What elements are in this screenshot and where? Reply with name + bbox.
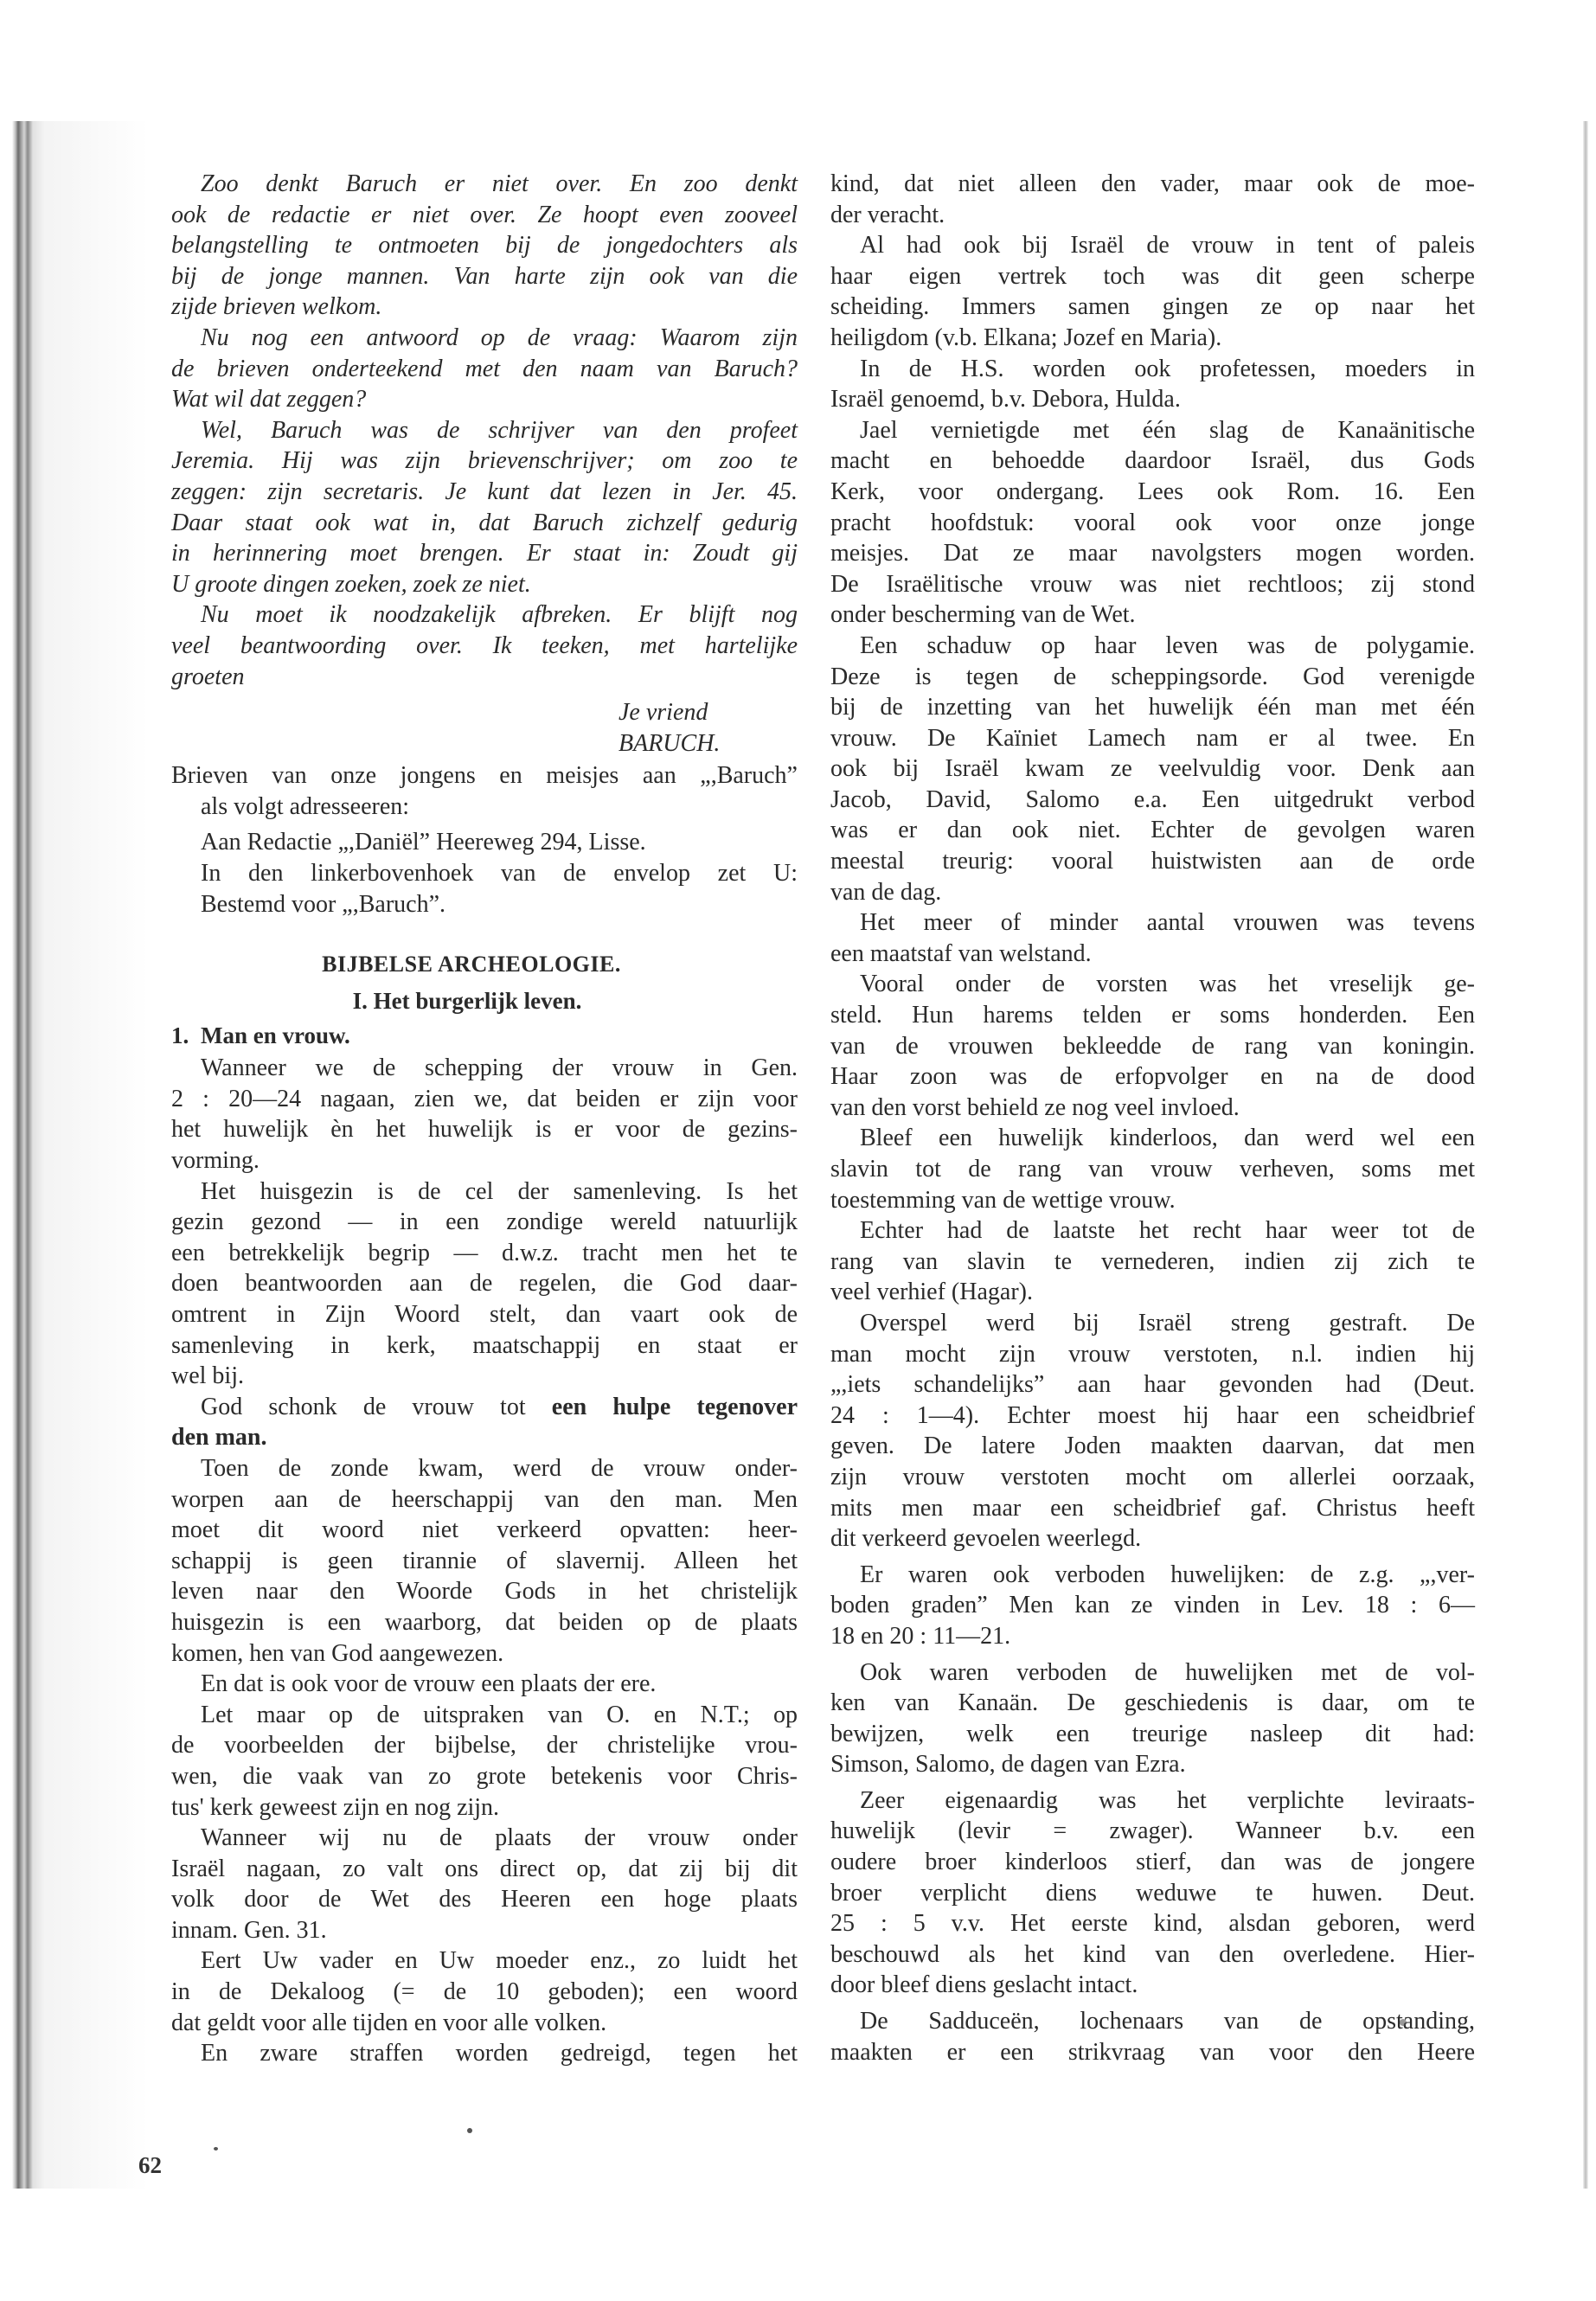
text-line: een betrekkelijk begrip — d.w.z. tracht … bbox=[171, 1238, 798, 1269]
text-line: door bleef diens geslacht intact. bbox=[830, 1970, 1475, 2001]
article-paragraph: Al had ook bij Israël de vrouw in tent o… bbox=[830, 230, 1475, 353]
text-line: geven. De latere Joden maakten daarvan, … bbox=[830, 1431, 1475, 1462]
text-line: En dat is ook voor de vrouw een plaats d… bbox=[171, 1669, 798, 1700]
article-paragraph: Let maar op de uitspraken van O. en N.T.… bbox=[171, 1700, 798, 1823]
letter-paragraph: Nu nog een antwoord op de vraag: Waarom … bbox=[171, 323, 798, 415]
text-line: in de Dekaloog (= de 10 geboden); een wo… bbox=[171, 1977, 798, 2008]
section-title: Man en vrouw. bbox=[201, 1022, 350, 1048]
emphasis-text: den man. bbox=[171, 1422, 798, 1453]
text-line: En zware straffen worden gedreigd, tegen… bbox=[171, 2038, 798, 2069]
text-line: tus' kerk geweest zijn en nog zijn. bbox=[171, 1792, 798, 1823]
text-line: Eert Uw vader en Uw moeder enz., zo luid… bbox=[171, 1945, 798, 1977]
text-line: De Sadduceën, lochenaars van de opstandi… bbox=[830, 2006, 1475, 2037]
text-line: zijn vrouw verstoten mocht om allerlei o… bbox=[830, 1462, 1475, 1493]
article-paragraph: kind, dat niet alleen den vader, maar oo… bbox=[830, 169, 1475, 230]
text-line: wel bij. bbox=[171, 1361, 798, 1392]
text-line: veel beantwoording over. Ik teeken, met … bbox=[171, 631, 798, 662]
text-line: slavin tot de rang van vrouw verheven, s… bbox=[830, 1154, 1475, 1185]
text-line: pracht hoofdstuk: vooral ook voor onze j… bbox=[830, 508, 1475, 539]
text-line: bij de jonge mannen. Van harte zijn ook … bbox=[171, 261, 798, 292]
article-paragraph: In de H.S. worden ook profetessen, moede… bbox=[830, 354, 1475, 415]
chapter-heading: I. Het burgerlijk leven. bbox=[171, 984, 798, 1018]
section-number: 1. bbox=[171, 1018, 201, 1053]
text-line: in herinnering moet brengen. Er staat in… bbox=[171, 538, 798, 569]
text-line: In den linkerbovenhoek van de envelop ze… bbox=[171, 858, 798, 889]
article-paragraph: Bleef een huwelijk kinderloos, dan werd … bbox=[830, 1123, 1475, 1215]
article-paragraph: Een schaduw op haar leven was de polygam… bbox=[830, 631, 1475, 907]
right-column: kind, dat niet alleen den vader, maar oo… bbox=[830, 169, 1475, 2067]
text-line: dat geldt voor alle tijden en voor alle … bbox=[171, 2008, 798, 2039]
text-line: huisgezin is een waarborg, dat beiden op… bbox=[171, 1607, 798, 1638]
text-line: Let maar op de uitspraken van O. en N.T.… bbox=[171, 1700, 798, 1731]
text-line: wen, die vaak van zo grote betekenis voo… bbox=[171, 1761, 798, 1792]
text-line: leven naar den Woorde Gods in het christ… bbox=[171, 1576, 798, 1607]
article-paragraph: Wanneer we de schepping der vrouw in Gen… bbox=[171, 1053, 798, 1176]
article-paragraph: Ook waren verboden de huwelijken met de … bbox=[830, 1657, 1475, 1780]
text-line: van den vorst behield ze nog veel invloe… bbox=[830, 1093, 1475, 1124]
text-line: Israël nagaan, zo valt ons direct op, da… bbox=[171, 1854, 798, 1885]
text-line: was er dan ook niet. Echter de gevolgen … bbox=[830, 815, 1475, 846]
text-line: Toen de zonde kwam, werd de vrouw onder- bbox=[171, 1453, 798, 1484]
text-line: De Israëlitische vrouw was niet rechtloo… bbox=[830, 569, 1475, 600]
text-line: rang van slavin te vernederen, indien zi… bbox=[830, 1247, 1475, 1278]
text-line: Het huisgezin is de cel der samenleving.… bbox=[171, 1176, 798, 1208]
text-line: scheiding. Immers samen gingen ze op naa… bbox=[830, 292, 1475, 323]
article-paragraph: Wanneer wij nu de plaats der vrouw onder… bbox=[171, 1823, 798, 1945]
text-line: doen beantwoorden aan de regelen, die Go… bbox=[171, 1268, 798, 1299]
scan-shadow bbox=[45, 121, 149, 2189]
scan-speck bbox=[1400, 2019, 1407, 2026]
text-line: Jacob, David, Salomo e.a. Een uitgedrukt… bbox=[830, 785, 1475, 816]
text-line: gezin gezond — in een zondige wereld nat… bbox=[171, 1207, 798, 1238]
text-line: volk door de Wet des Heeren een hoge pla… bbox=[171, 1884, 798, 1915]
signature-closing: Je vriend bbox=[171, 697, 798, 728]
text-line: haar eigen vertrek toch was dit geen sch… bbox=[830, 261, 1475, 292]
text-line: dit verkeerd gevoelen weerlegd. bbox=[830, 1523, 1475, 1554]
text-line: Vooral onder de vorsten was het vreselij… bbox=[830, 969, 1475, 1000]
text-line: mits men maar een scheidbrief gaf. Chris… bbox=[830, 1493, 1475, 1524]
article-title: BIJBELSE ARCHEOLOGIE. bbox=[171, 945, 798, 984]
text-line: meestal treurig: vooral huistwisten aan … bbox=[830, 846, 1475, 877]
text-line: Zoo denkt Baruch er niet over. En zoo de… bbox=[171, 169, 798, 200]
mailing-address: Aan Redactie „,Daniël” Heereweg 294, Lis… bbox=[171, 827, 798, 858]
letter-paragraph: Wel, Baruch was de schrijver van den pro… bbox=[171, 415, 798, 600]
text-line: groeten bbox=[171, 662, 798, 693]
text-line: God schonk de vrouw tot een hulpe tegeno… bbox=[171, 1392, 798, 1423]
text-line: als volgt adresseeren: bbox=[171, 792, 798, 823]
scan-page-edge bbox=[12, 121, 45, 2189]
article-paragraph: Jael vernietigde met één slag de Kanaäni… bbox=[830, 415, 1475, 631]
signature-name: BARUCH. bbox=[171, 728, 798, 760]
article-paragraph: Het meer of minder aantal vrouwen was te… bbox=[830, 907, 1475, 969]
section-heading: 1.Man en vrouw. bbox=[171, 1018, 798, 1053]
article-paragraph: Echter had de laatste het recht haar wee… bbox=[830, 1215, 1475, 1308]
text-span: God schonk de vrouw tot bbox=[201, 1394, 552, 1420]
text-line: oudere broer kinderloos stierf, dan was … bbox=[830, 1847, 1475, 1878]
text-line: het huwelijk èn het huwelijk is er voor … bbox=[171, 1114, 798, 1145]
text-line: Brieven van onze jongens en meisjes aan … bbox=[171, 760, 798, 792]
text-line: schappij is geen tirannie of slavernij. … bbox=[171, 1546, 798, 1577]
scan-speck bbox=[214, 2147, 218, 2150]
text-line: van de vrouwen bekleedde de rang van kon… bbox=[830, 1031, 1475, 1062]
text-line: Zeer eigenaardig was het verplichte levi… bbox=[830, 1785, 1475, 1817]
text-line: bewijzen, welk een treurige nasleep dit … bbox=[830, 1719, 1475, 1750]
text-line: Daar staat ook wat in, dat Baruch zichze… bbox=[171, 508, 798, 539]
text-line: steld. Hun harems telden er soms honderd… bbox=[830, 1000, 1475, 1031]
text-line: een maatstaf van welstand. bbox=[830, 939, 1475, 970]
text-line: Een schaduw op haar leven was de polygam… bbox=[830, 631, 1475, 662]
text-line: Simson, Salomo, de dagen van Ezra. bbox=[830, 1749, 1475, 1780]
text-line: In de H.S. worden ook profetessen, moede… bbox=[830, 354, 1475, 385]
text-line: boden graden” Men kan ze vinden in Lev. … bbox=[830, 1590, 1475, 1621]
text-line: 25 : 5 v.v. Het eerste kind, alsdan gebo… bbox=[830, 1908, 1475, 1939]
text-line: onder bescherming van de Wet. bbox=[830, 599, 1475, 631]
text-line: Bleef een huwelijk kinderloos, dan werd … bbox=[830, 1123, 1475, 1154]
scan-speck bbox=[467, 2128, 472, 2133]
text-line: samenleving in kerk, maatschappij en sta… bbox=[171, 1330, 798, 1362]
text-line: moet dit woord niet verkeerd opvatten: h… bbox=[171, 1515, 798, 1546]
text-line: Haar zoon was de erfopvolger en na de do… bbox=[830, 1061, 1475, 1093]
text-line: kind, dat niet alleen den vader, maar oo… bbox=[830, 169, 1475, 200]
text-line: Wanneer we de schepping der vrouw in Gen… bbox=[171, 1053, 798, 1084]
left-column: Zoo denkt Baruch er niet over. En zoo de… bbox=[171, 169, 798, 2069]
article-paragraph: De Sadduceën, lochenaars van de opstandi… bbox=[830, 2006, 1475, 2067]
text-line: ken van Kanaän. De geschiedenis is daar,… bbox=[830, 1688, 1475, 1719]
article-paragraph: Zeer eigenaardig was het verplichte levi… bbox=[830, 1785, 1475, 2001]
letter-signature: Je vriend BARUCH. bbox=[171, 697, 798, 759]
text-line: Echter had de laatste het recht haar wee… bbox=[830, 1215, 1475, 1247]
text-line: huwelijk (levir = zwager). Wanneer b.v. … bbox=[830, 1816, 1475, 1847]
text-line: Overspel werd bij Israël streng gestraft… bbox=[830, 1308, 1475, 1339]
text-line: vrouw. De Kaïniet Lamech nam er al twee.… bbox=[830, 723, 1475, 754]
text-line: bij de inzetting van het huwelijk één ma… bbox=[830, 692, 1475, 723]
text-line: Deze is tegen de scheppingsorde. God ver… bbox=[830, 662, 1475, 693]
text-line: 24 : 1—4). Echter moest hij haar een sch… bbox=[830, 1400, 1475, 1432]
article-paragraph: Toen de zonde kwam, werd de vrouw onder-… bbox=[171, 1453, 798, 1669]
article-paragraph: Het huisgezin is de cel der samenleving.… bbox=[171, 1176, 798, 1392]
text-line: veel verhief (Hagar). bbox=[830, 1277, 1475, 1308]
article-paragraph: God schonk de vrouw tot een hulpe tegeno… bbox=[171, 1392, 798, 1453]
text-line: ook bij Israël kwam ze veelvuldig voor. … bbox=[830, 753, 1475, 785]
article: BIJBELSE ARCHEOLOGIE. I. Het burgerlijk … bbox=[171, 945, 798, 2069]
text-line: Ook waren verboden de huwelijken met de … bbox=[830, 1657, 1475, 1689]
text-line: vorming. bbox=[171, 1145, 798, 1176]
article-paragraph: En dat is ook voor de vrouw een plaats d… bbox=[171, 1669, 798, 1700]
text-line: beschouwd als het kind van den overleden… bbox=[830, 1939, 1475, 1971]
text-line: der veracht. bbox=[830, 200, 1475, 231]
text-line: „,iets schandelijks” aan haar gevonden h… bbox=[830, 1369, 1475, 1400]
text-line: zijde brieven welkom. bbox=[171, 292, 798, 323]
address-note: Brieven van onze jongens en meisjes aan … bbox=[171, 760, 798, 920]
text-line: Wel, Baruch was de schrijver van den pro… bbox=[171, 415, 798, 446]
text-line: Jeremia. Hij was zijn brievenschrijver; … bbox=[171, 445, 798, 477]
text-line: heiligdom (v.b. Elkana; Jozef en Maria). bbox=[830, 323, 1475, 354]
text-line: Wat wil dat zeggen? bbox=[171, 384, 798, 415]
page-number: 62 bbox=[138, 2152, 162, 2179]
scan-right-edge bbox=[1583, 121, 1588, 2189]
text-line: 2 : 20—24 nagaan, zien we, dat beiden er… bbox=[171, 1084, 798, 1115]
text-line: ook de redactie er niet over. Ze hoopt e… bbox=[171, 200, 798, 231]
article-paragraph: Er waren ook verboden huwelijken: de z.g… bbox=[830, 1560, 1475, 1652]
text-line: 18 en 20 : 11—21. bbox=[830, 1621, 1475, 1652]
text-line: omtrent in Zijn Woord stelt, dan vaart o… bbox=[171, 1299, 798, 1330]
text-line: Bestemd voor „,Baruch”. bbox=[171, 889, 798, 920]
article-paragraph: Vooral onder de vorsten was het vreselij… bbox=[830, 969, 1475, 1123]
text-line: meisjes. Dat ze maar navolgsters mogen w… bbox=[830, 538, 1475, 569]
text-line: Al had ook bij Israël de vrouw in tent o… bbox=[830, 230, 1475, 261]
text-line: worpen aan de heerschappij van den man. … bbox=[171, 1484, 798, 1516]
text-line: de brieven onderteekend met den naam van… bbox=[171, 354, 798, 385]
text-line: toestemming van de wettige vrouw. bbox=[830, 1185, 1475, 1216]
letter-paragraph: Zoo denkt Baruch er niet over. En zoo de… bbox=[171, 169, 798, 323]
text-line: U groote dingen zoeken, zoek ze niet. bbox=[171, 569, 798, 600]
emphasis-text: een hulpe tegenover bbox=[552, 1394, 798, 1420]
text-line: Israël genoemd, b.v. Debora, Hulda. bbox=[830, 384, 1475, 415]
article-paragraph: En zware straffen worden gedreigd, tegen… bbox=[171, 2038, 798, 2069]
article-paragraph: Eert Uw vader en Uw moeder enz., zo luid… bbox=[171, 1945, 798, 2038]
text-line: broer verplicht diens weduwe te huwen. D… bbox=[830, 1878, 1475, 1909]
text-line: zeggen: zijn secretaris. Je kunt dat lez… bbox=[171, 477, 798, 508]
letter-paragraph: Nu moet ik noodzakelijk afbreken. Er bli… bbox=[171, 599, 798, 692]
text-line: innam. Gen. 31. bbox=[171, 1915, 798, 1946]
text-line: man mocht zijn vrouw verstoten, n.l. ind… bbox=[830, 1339, 1475, 1370]
text-line: Kerk, voor ondergang. Lees ook Rom. 16. … bbox=[830, 477, 1475, 508]
text-line: macht en behoedde daardoor Israël, dus G… bbox=[830, 445, 1475, 477]
text-line: Nu moet ik noodzakelijk afbreken. Er bli… bbox=[171, 599, 798, 631]
text-line: Jael vernietigde met één slag de Kanaäni… bbox=[830, 415, 1475, 446]
text-line: belangstelling te ontmoeten bij de jonge… bbox=[171, 230, 798, 261]
text-line: Het meer of minder aantal vrouwen was te… bbox=[830, 907, 1475, 939]
text-line: van de dag. bbox=[830, 877, 1475, 908]
article-paragraph: Overspel werd bij Israël streng gestraft… bbox=[830, 1308, 1475, 1554]
text-line: Nu nog een antwoord op de vraag: Waarom … bbox=[171, 323, 798, 354]
text-line: Er waren ook verboden huwelijken: de z.g… bbox=[830, 1560, 1475, 1591]
text-line: Wanneer wij nu de plaats der vrouw onder bbox=[171, 1823, 798, 1854]
text-line: maakten er een strikvraag van voor den H… bbox=[830, 2037, 1475, 2068]
letter-body: Zoo denkt Baruch er niet over. En zoo de… bbox=[171, 169, 798, 759]
text-line: de voorbeelden der bijbelse, der christe… bbox=[171, 1730, 798, 1761]
text-line: komen, hen van God aangewezen. bbox=[171, 1638, 798, 1670]
